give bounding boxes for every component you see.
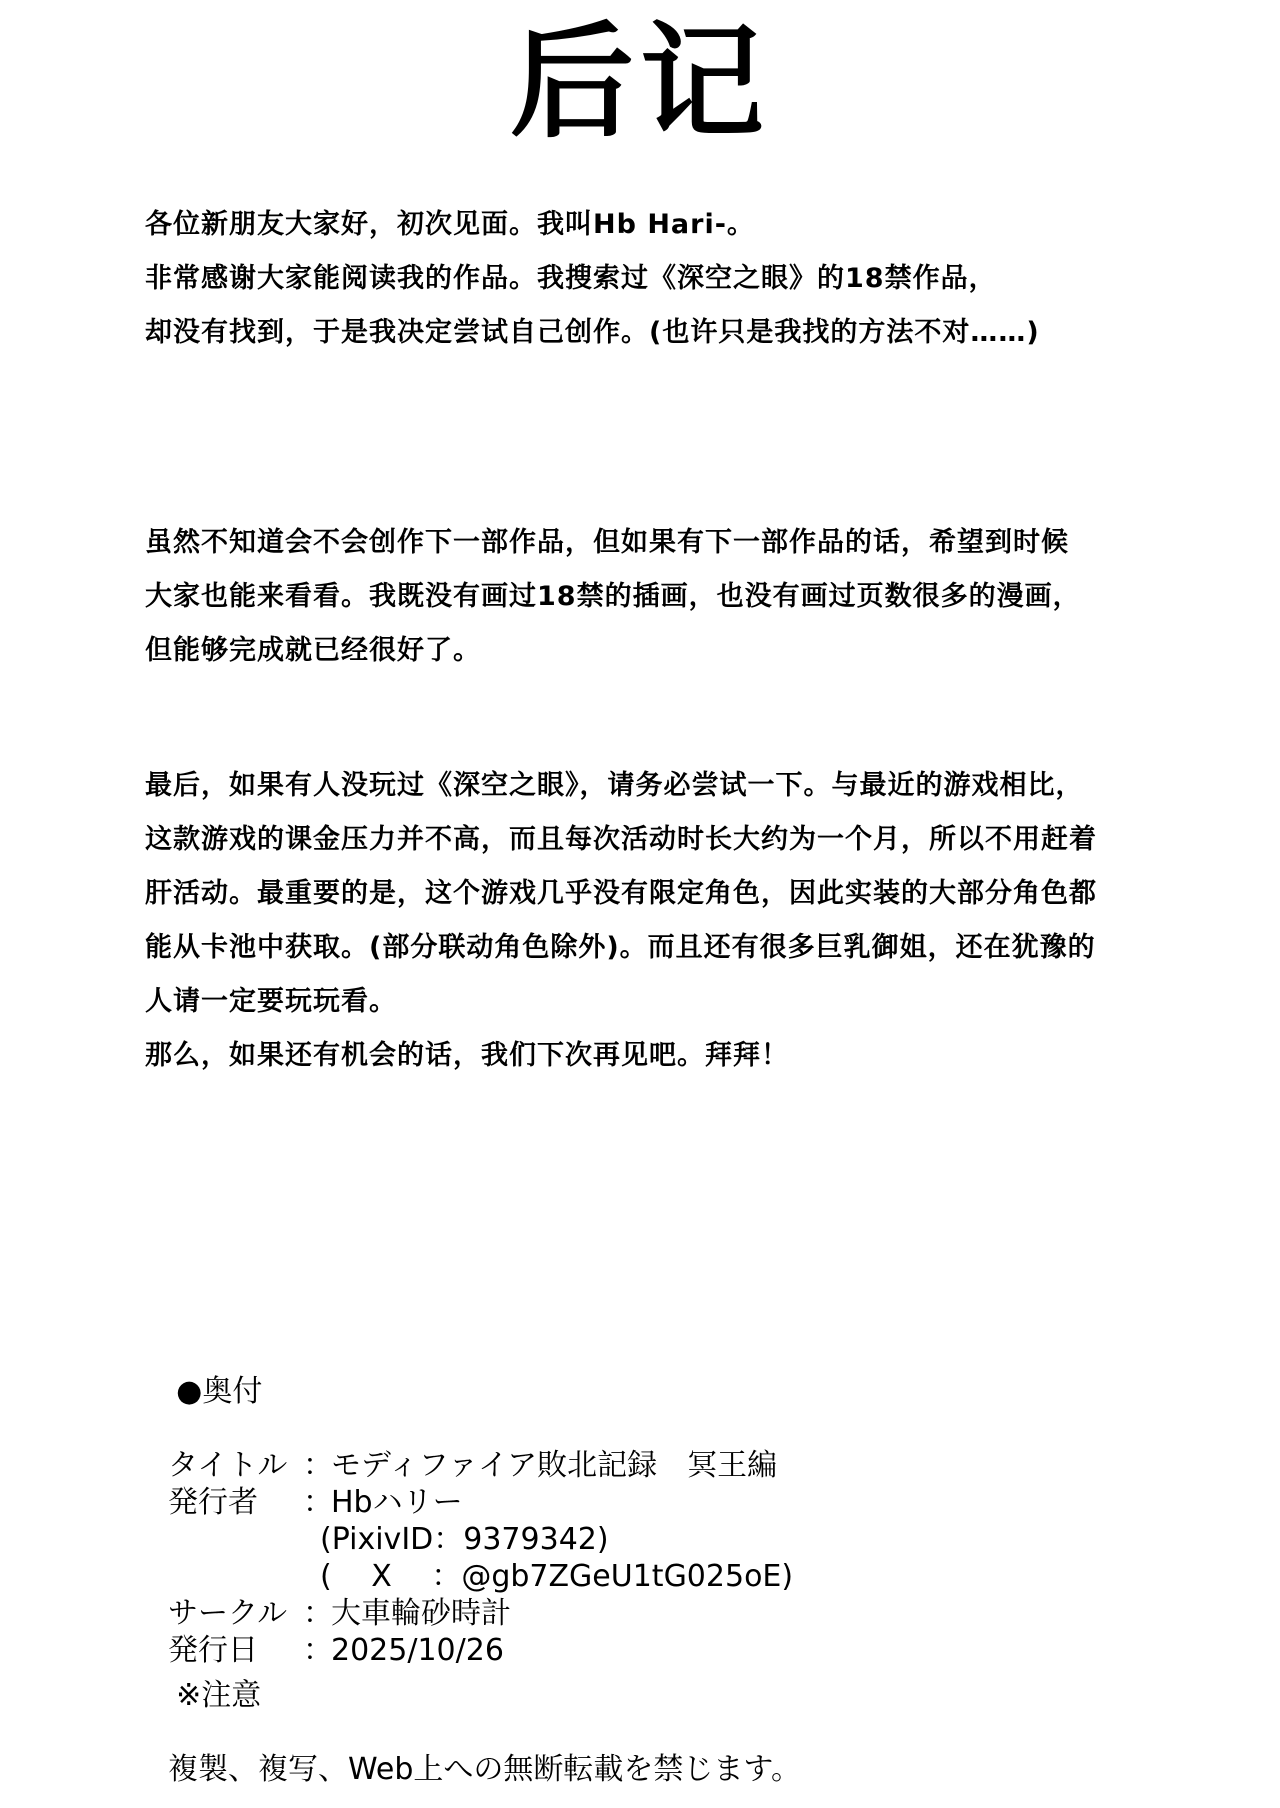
colophon-label: 発行者 bbox=[138, 1484, 303, 1521]
colophon-label: タイトル bbox=[138, 1447, 303, 1484]
colophon-value: モディファイア敗北記録 冥王編 bbox=[331, 1447, 777, 1484]
colophon-row-title: タイトル ： モディファイア敗北記録 冥王編 bbox=[138, 1447, 938, 1484]
colophon-separator: ： bbox=[303, 1447, 331, 1484]
text-line: 这款游戏的课金压力并不高，而且每次活动时长大约为一个月，所以不用赶着 bbox=[145, 813, 1235, 867]
colophon-pixiv-id: (PixivID：9379342) bbox=[138, 1521, 938, 1558]
colophon-value: 大車輪砂時計 bbox=[331, 1595, 511, 1632]
reference-mark-icon: ※ bbox=[176, 1678, 201, 1713]
text-line: 非常感谢大家能阅读我的作品。我搜索过《深空之眼》的18禁作品， bbox=[145, 252, 1235, 306]
paragraph-recommendation: 最后，如果有人没玩过《深空之眼》，请务必尝试一下。与最近的游戏相比， 这款游戏的… bbox=[145, 759, 1235, 1083]
colophon-separator: ： bbox=[303, 1484, 331, 1521]
text-line: 能从卡池中获取。(部分联动角色除外)。而且还有很多巨乳御姐，还在犹豫的 bbox=[145, 921, 1235, 975]
colophon-label: サークル bbox=[138, 1595, 303, 1632]
paragraph-next-work: 虽然不知道会不会创作下一部作品，但如果有下一部作品的话，希望到时候 大家也能来看… bbox=[145, 516, 1235, 678]
text-line: 那么，如果还有机会的话，我们下次再见吧。拜拜！ bbox=[145, 1029, 1235, 1083]
text-line: 肝活动。最重要的是，这个游戏几乎没有限定角色，因此实装的大部分角色都 bbox=[145, 867, 1235, 921]
text-line: 人请一定要玩玩看。 bbox=[145, 975, 1235, 1029]
text-line: 但能够完成就已经很好了。 bbox=[145, 624, 1235, 678]
colophon-separator: ： bbox=[303, 1595, 331, 1632]
colophon-value: Hbハリー bbox=[331, 1484, 463, 1521]
paragraph-greeting: 各位新朋友大家好，初次见面。我叫Hb Hari-。 非常感谢大家能阅读我的作品。… bbox=[145, 198, 1235, 360]
text-line: 各位新朋友大家好，初次见面。我叫Hb Hari-。 bbox=[145, 198, 1235, 252]
text-line: 虽然不知道会不会创作下一部作品，但如果有下一部作品的话，希望到时候 bbox=[145, 516, 1235, 570]
colophon-heading-text: 奥付 bbox=[202, 1374, 262, 1409]
notice-text: 複製、複写、Web上への無断転載を禁じます。 bbox=[138, 1751, 938, 1788]
text-line: 大家也能来看看。我既没有画过18禁的插画，也没有画过页数很多的漫画， bbox=[145, 570, 1235, 624]
colophon: ●奥付 タイトル ： モディファイア敗北記録 冥王編 発行者 ： Hbハリー (… bbox=[138, 1336, 938, 1669]
notice-heading-text: 注意 bbox=[201, 1678, 261, 1713]
bullet-icon: ● bbox=[176, 1374, 202, 1409]
text-line: 却没有找到，于是我决定尝试自己创作。(也许只是我找的方法不对……) bbox=[145, 306, 1235, 360]
page-title: 后记 bbox=[0, 18, 1280, 148]
colophon-row-publisher: 発行者 ： Hbハリー bbox=[138, 1484, 938, 1521]
colophon-heading: ●奥付 bbox=[138, 1336, 938, 1447]
colophon-row-circle: サークル ： 大車輪砂時計 bbox=[138, 1595, 938, 1632]
text-line: 最后，如果有人没玩过《深空之眼》，请务必尝试一下。与最近的游戏相比， bbox=[145, 759, 1235, 813]
colophon-x-handle: ( X ：@gb7ZGeU1tG025oE) bbox=[138, 1558, 938, 1595]
notice-heading: ※注意 bbox=[138, 1640, 938, 1751]
notice: ※注意 複製、複写、Web上への無断転載を禁じます。 bbox=[138, 1640, 938, 1788]
